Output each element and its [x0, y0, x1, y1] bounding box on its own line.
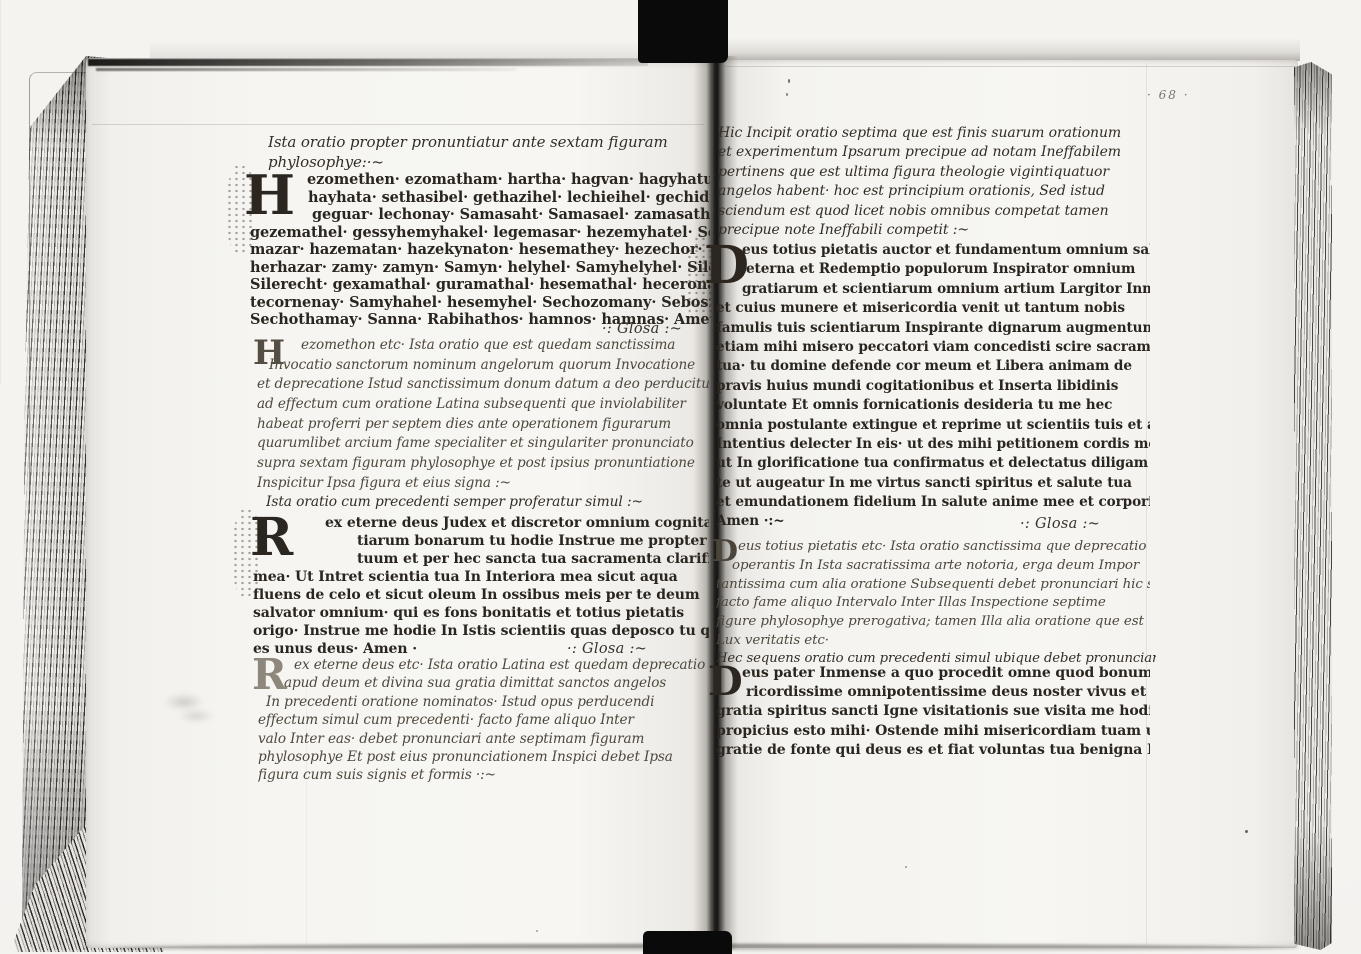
manuscript-line: salvator omnium· qui es fons bonitatis e…	[253, 604, 709, 622]
manuscript-line: Hic Incipit oratio septima que est finis…	[718, 124, 1148, 143]
manuscript-line: origo· Instrue me hodie In Istis scienti…	[253, 622, 709, 640]
right-page-top-ruling-line	[720, 66, 1296, 67]
left-page-fold-line	[0, 0, 1, 385]
manuscript-line: geguar· lechonay· Samasaht· Samasael· za…	[250, 206, 710, 224]
manuscript-line: ad effectum cum oratione Latina subseque…	[257, 395, 709, 415]
left-rubric-2: Ista oratio cum precedenti semper profer…	[266, 493, 710, 511]
manuscript-line: ezomethen· ezomatham· hartha· hagvan· ha…	[250, 171, 710, 189]
binding-strap-top	[638, 0, 728, 63]
manuscript-line: gezemathel· gessyhemyhakel· legemasar· h…	[250, 224, 710, 242]
manuscript-line: phylosophye Et post eius pronunciationem…	[258, 748, 710, 766]
manuscript-line: ricordissime omnipotentissime deus noste…	[716, 683, 1150, 702]
manuscript-line: famulis tuis scientiarum Inspirante dign…	[716, 319, 1150, 338]
manuscript-line: et emundationem fidelium In salute anime…	[716, 493, 1150, 512]
manuscript-photo-stage: · 68 · Ista oratio propter pronuntiatur …	[0, 0, 1361, 954]
manuscript-line: ex eterne deus etc· Ista oratio Latina e…	[258, 656, 710, 674]
glosa-label-1: ·: Glosa :~	[602, 321, 682, 337]
manuscript-line: eterna et Redemptio populorum Inspirator…	[716, 260, 1150, 279]
left-rubric-heading: Ista oratio propter pronuntiatur ante se…	[268, 132, 708, 172]
gloss1-block: ezomethon etc· Ista oratio que est queda…	[257, 336, 709, 494]
manuscript-line: eus totius pietatis etc· Ista oratio san…	[716, 538, 1150, 557]
manuscript-line: voluntate Et omnis fornicationis desider…	[716, 396, 1150, 415]
manuscript-line: supra sextam figuram phylosophye et post…	[257, 454, 709, 474]
manuscript-line: mazar· hazematan· hazekynaton· hesemathe…	[250, 241, 710, 259]
left-page-top-edge	[88, 59, 648, 66]
manuscript-line: eus pater Inmense a quo procedit omne qu…	[716, 664, 1150, 683]
deus-pater-prayer-block: eus pater Inmense a quo procedit omne qu…	[716, 664, 1150, 760]
right-gloss-initial: D	[712, 537, 738, 567]
manuscript-line: sciendum est quod licet nobis omnibus co…	[718, 202, 1148, 221]
deus-totius-prayer-block: eus totius pietatis auctor et fundamentu…	[716, 241, 1150, 532]
binding-strap-bottom	[643, 931, 732, 954]
invocation-names-block: ezomethen· ezomatham· hartha· hagvan· ha…	[250, 171, 710, 329]
manuscript-line: figure phylosophye prerogativa; tamen Il…	[716, 613, 1150, 632]
decorated-initial-deus: D	[704, 240, 749, 292]
ink-speck	[905, 866, 907, 868]
manuscript-line: Invocatio sanctorum nominum angelorum qu…	[257, 356, 709, 376]
manuscript-line: tua· tu domine defende cor meum et Liber…	[716, 357, 1150, 376]
manuscript-line: etiam mihi misero peccatori viam concedi…	[716, 338, 1150, 357]
manuscript-line: tecornenay· Samyhahel· hesemyhel· Sechoz…	[250, 294, 710, 312]
manuscript-line: Inspicitur Ipsa figura et eius signa :~	[257, 474, 709, 494]
left-page-top-edge-secondary	[96, 68, 516, 71]
manuscript-line: operantis In Ista sacratissima arte noto…	[716, 557, 1150, 576]
manuscript-line: pertinens que est ultima figura theologi…	[718, 163, 1148, 182]
rex-eterne-prayer-block: ex eterne deus Judex et discretor omnium…	[253, 514, 709, 658]
manuscript-line: et experimentum Ipsarum precipue ad nota…	[718, 143, 1148, 162]
manuscript-line: tiarum bonarum tu hodie Instrue me propt…	[253, 532, 709, 550]
manuscript-line: Intentius delecter In eis· ut des mihi p…	[716, 435, 1150, 454]
manuscript-line: effectum simul cum precedenti· facto fam…	[258, 711, 710, 729]
gloss2-initial: R	[252, 654, 287, 696]
manuscript-line: Silerecht· gexamathal· guramathal· hesem…	[250, 276, 710, 294]
manuscript-line: figura cum suis signis et formis ·:~	[258, 766, 710, 784]
manuscript-line: angelos habent· hoc est principium orati…	[718, 182, 1148, 201]
manuscript-line: propicius esto mihi· Ostende mihi miseri…	[716, 722, 1150, 741]
right-page-fore-edge	[1294, 62, 1332, 950]
manuscript-line: ezomethon etc· Ista oratio que est queda…	[257, 336, 709, 356]
glosa-label-2: ·: Glosa :~	[567, 641, 647, 657]
manuscript-line: precipue note Ineffabili competit :~	[718, 221, 1148, 240]
manuscript-line: Lux veritatis etc·	[716, 632, 1150, 651]
manuscript-line: te ut augeatur In me virtus sancti spiri…	[716, 474, 1150, 493]
left-page-top-ruling-line	[92, 124, 704, 125]
manuscript-line: valo Inter eas· debet pronunciari ante s…	[258, 730, 710, 748]
manuscript-line: hayhata· sethasibel· gethazihel· lechiei…	[250, 189, 710, 207]
ink-speck	[788, 79, 790, 83]
right-page-top-underleaf	[716, 38, 1300, 61]
right-rubric-heading: Hic Incipit oratio septima que est finis…	[718, 124, 1148, 240]
manuscript-line: gratia spiritus sancti Igne visitationis…	[716, 702, 1150, 721]
manuscript-line: facto fame aliquo Intervalo Inter Illas …	[716, 594, 1150, 613]
manuscript-line: omnia postulante extingue et reprime ut …	[716, 416, 1150, 435]
manuscript-line: phylosophye:·~	[268, 152, 708, 172]
left-page-top-underleaf	[150, 42, 690, 58]
manuscript-line: apud deum et divina sua gratia dimittat …	[258, 674, 710, 692]
manuscript-line: pravis huius mundi cogitationibus et Ins…	[716, 377, 1150, 396]
gloss1-initial: H	[253, 336, 285, 370]
manuscript-line: habeat proferri per septem dies ante ope…	[257, 415, 709, 435]
right-gloss-block: eus totius pietatis etc· Ista oratio san…	[716, 538, 1150, 651]
ink-speck	[786, 93, 788, 96]
manuscript-line: Ista oratio cum precedenti semper profer…	[266, 493, 710, 511]
manuscript-line: ex eterne deus Judex et discretor omnium…	[253, 514, 709, 532]
manuscript-line: tuum et per hec sancta tua sacramenta cl…	[253, 550, 709, 568]
ink-speck	[536, 930, 538, 932]
manuscript-line: gratie de fonte qui deus es et fiat volu…	[716, 741, 1150, 760]
manuscript-line: eus totius pietatis auctor et fundamentu…	[716, 241, 1150, 260]
manuscript-line: In precedenti oratione nominatos· Istud …	[258, 693, 710, 711]
manuscript-line: fluens de celo et sicut oleum In ossibus…	[253, 586, 709, 604]
folio-number: · 68 ·	[1147, 88, 1190, 102]
manuscript-line: herhazar· zamy· zamyn· Samyn· helyhel· S…	[250, 259, 710, 277]
manuscript-line: quarumlibet arcium fame specialiter et s…	[257, 434, 709, 454]
decorated-initial-invocation: H	[244, 168, 295, 222]
manuscript-line: mea· Ut Intret scientia tua In Interiora…	[253, 568, 709, 586]
decorated-initial-deus-pater: D	[708, 662, 743, 702]
manuscript-line: et deprecatione Istud sanctissimum donum…	[257, 375, 709, 395]
gloss2-block: ex eterne deus etc· Ista oratio Latina e…	[258, 656, 710, 785]
decorated-initial-prayer: R	[250, 512, 293, 564]
manuscript-line: Ista oratio propter pronuntiatur ante se…	[268, 132, 708, 152]
manuscript-line: tantissima cum alia oratione Subsequenti…	[716, 576, 1150, 595]
manuscript-line: et cuius munere et misericordia venit ut…	[716, 299, 1150, 318]
ink-speck	[1245, 830, 1248, 833]
manuscript-line: ut In glorificatione tua confirmatus et …	[716, 454, 1150, 473]
glosa-label-right: ·: Glosa :~	[1020, 516, 1100, 532]
manuscript-line: gratiarum et scientiarum omnium artium L…	[716, 280, 1150, 299]
margin-smudge	[160, 688, 220, 728]
